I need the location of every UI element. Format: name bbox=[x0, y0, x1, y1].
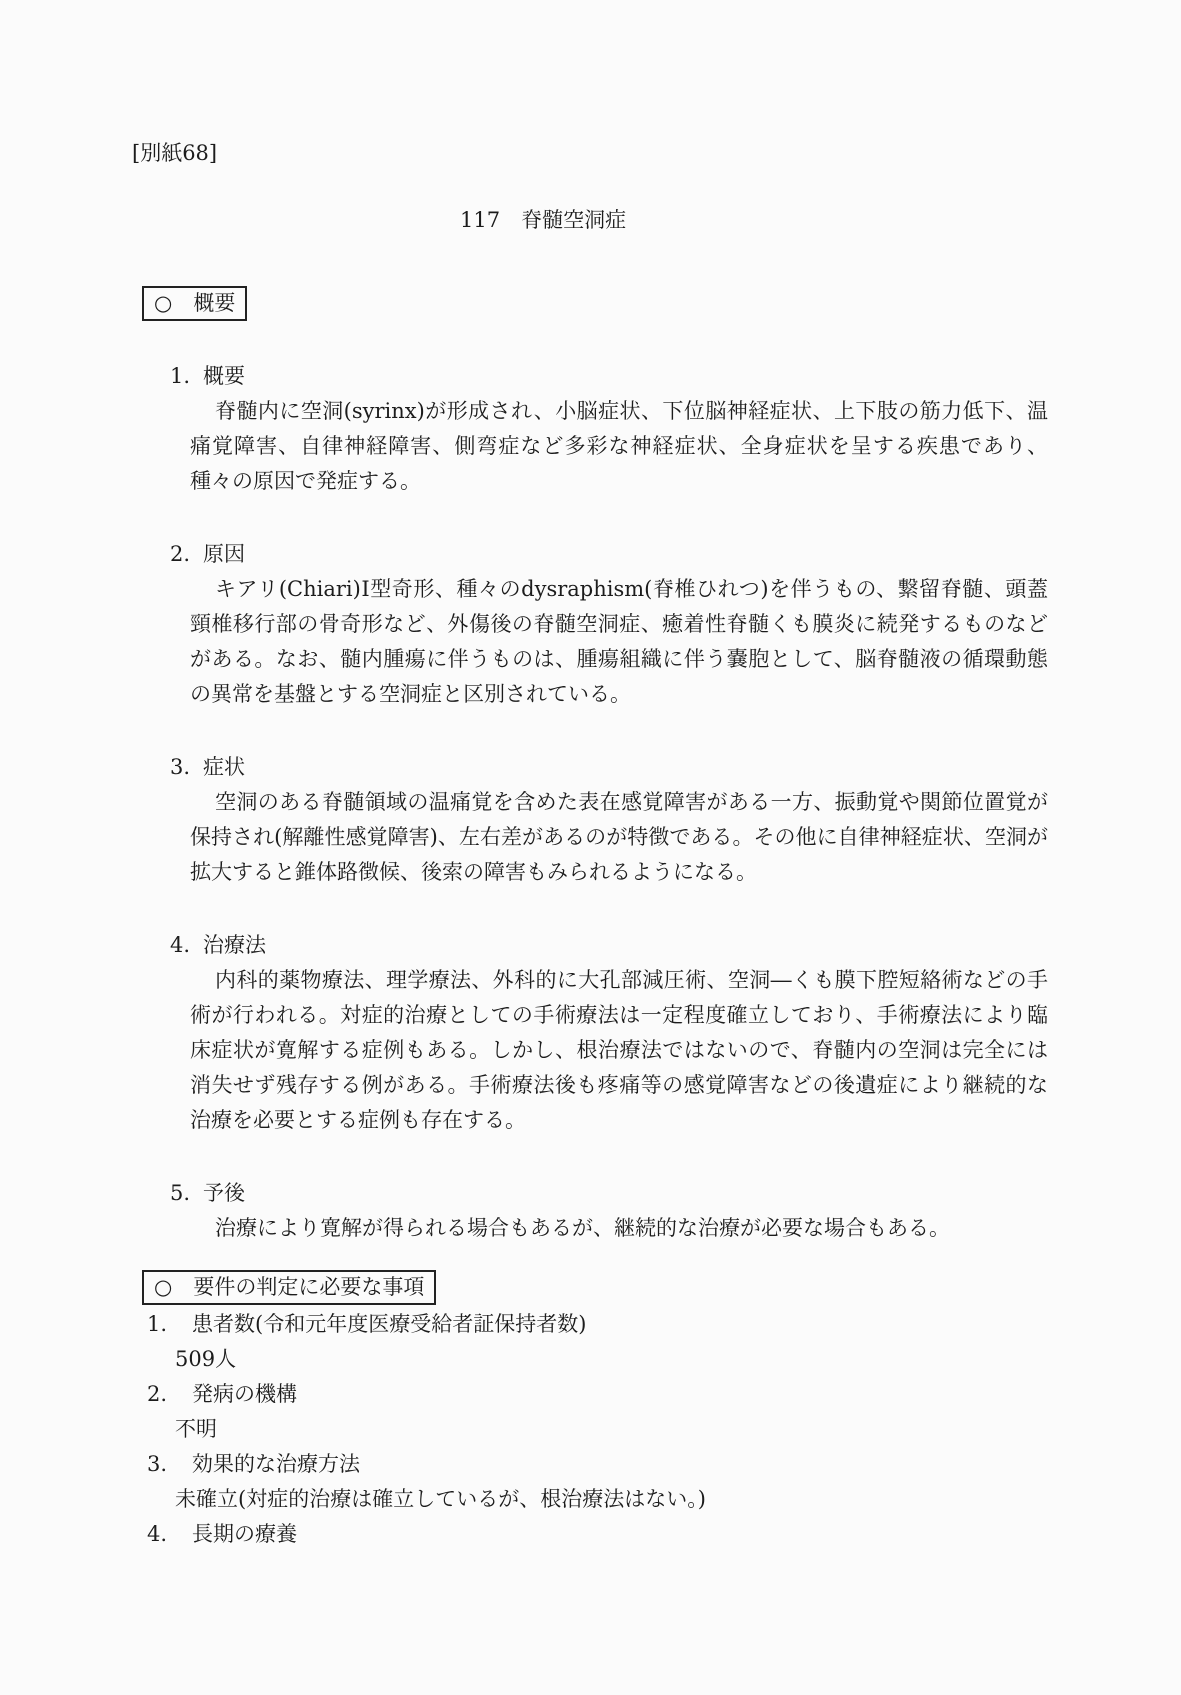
section-number: 3. bbox=[170, 750, 203, 785]
section-symptoms: 3.症状 空洞のある脊髄領域の温痛覚を含めた表在感覚障害がある一方、振動覚や関節… bbox=[0, 750, 1181, 890]
requirement-number: 3. bbox=[147, 1447, 192, 1482]
requirement-number: 2. bbox=[147, 1377, 192, 1412]
requirement-heading: 1.患者数(令和元年度医療受給者証保持者数) bbox=[147, 1307, 1181, 1342]
section-heading: 5.予後 bbox=[170, 1176, 1181, 1211]
requirements-list: 1.患者数(令和元年度医療受給者証保持者数) 509人 2.発病の機構 不明 3… bbox=[0, 1307, 1181, 1552]
section-body: 内科的薬物療法、理学療法、外科的に大孔部減圧術、空洞―くも膜下腔短絡術などの手術… bbox=[190, 963, 1048, 1138]
section-body: 治療により寛解が得られる場合もあるが、継続的な治療が必要な場合もある。 bbox=[190, 1211, 1048, 1246]
section-title: 予後 bbox=[203, 1181, 245, 1205]
requirement-number: 4. bbox=[147, 1517, 192, 1552]
requirement-title: 発病の機構 bbox=[192, 1382, 297, 1406]
requirement-item-long-term-care: 4.長期の療養 bbox=[0, 1517, 1181, 1552]
requirement-heading: 3.効果的な治療方法 bbox=[147, 1447, 1181, 1482]
overview-box-header: ○ 概要 bbox=[142, 286, 247, 321]
requirement-title: 効果的な治療方法 bbox=[192, 1452, 360, 1476]
section-treatment: 4.治療法 内科的薬物療法、理学療法、外科的に大孔部減圧術、空洞―くも膜下腔短絡… bbox=[0, 928, 1181, 1138]
section-title: 症状 bbox=[203, 755, 245, 779]
requirement-item-effective-treatment: 3.効果的な治療方法 未確立(対症的治療は確立しているが、根治療法はない。) bbox=[0, 1447, 1181, 1517]
section-title: 治療法 bbox=[203, 933, 266, 957]
attachment-label: [別紙68] bbox=[132, 136, 1181, 171]
requirements-box-header: ○ 要件の判定に必要な事項 bbox=[142, 1270, 436, 1305]
page-title: 117 脊髄空洞症 bbox=[460, 203, 1181, 238]
requirement-value: 不明 bbox=[175, 1412, 1048, 1447]
requirement-heading: 2.発病の機構 bbox=[147, 1377, 1181, 1412]
requirement-title: 長期の療養 bbox=[192, 1522, 297, 1546]
section-heading: 2.原因 bbox=[170, 537, 1181, 572]
requirement-value: 未確立(対症的治療は確立しているが、根治療法はない。) bbox=[175, 1482, 1048, 1517]
section-number: 4. bbox=[170, 928, 203, 963]
section-heading: 1.概要 bbox=[170, 359, 1181, 394]
requirement-item-patients: 1.患者数(令和元年度医療受給者証保持者数) 509人 bbox=[0, 1307, 1181, 1377]
section-heading: 3.症状 bbox=[170, 750, 1181, 785]
requirement-heading: 4.長期の療養 bbox=[147, 1517, 1181, 1552]
section-heading: 4.治療法 bbox=[170, 928, 1181, 963]
section-number: 1. bbox=[170, 359, 203, 394]
section-cause: 2.原因 キアリ(Chiari)Ⅰ型奇形、種々のdysraphism(脊椎ひれつ… bbox=[0, 537, 1181, 712]
section-body: 脊髄内に空洞(syrinx)が形成され、小脳症状、下位脳神経症状、上下肢の筋力低… bbox=[190, 394, 1048, 499]
requirement-item-mechanism: 2.発病の機構 不明 bbox=[0, 1377, 1181, 1447]
section-number: 2. bbox=[170, 537, 203, 572]
document-page: [別紙68] 117 脊髄空洞症 ○ 概要 1.概要 脊髄内に空洞(syrinx… bbox=[0, 0, 1181, 1695]
requirement-title: 患者数(令和元年度医療受給者証保持者数) bbox=[192, 1312, 586, 1336]
requirement-number: 1. bbox=[147, 1307, 192, 1342]
section-title: 概要 bbox=[203, 364, 245, 388]
section-prognosis: 5.予後 治療により寛解が得られる場合もあるが、継続的な治療が必要な場合もある。 bbox=[0, 1176, 1181, 1246]
requirement-value: 509人 bbox=[175, 1342, 1048, 1377]
section-number: 5. bbox=[170, 1176, 203, 1211]
section-body: キアリ(Chiari)Ⅰ型奇形、種々のdysraphism(脊椎ひれつ)を伴うも… bbox=[190, 572, 1048, 712]
section-overview: 1.概要 脊髄内に空洞(syrinx)が形成され、小脳症状、下位脳神経症状、上下… bbox=[0, 359, 1181, 499]
section-title: 原因 bbox=[203, 542, 245, 566]
section-body: 空洞のある脊髄領域の温痛覚を含めた表在感覚障害がある一方、振動覚や関節位置覚が保… bbox=[190, 785, 1048, 890]
